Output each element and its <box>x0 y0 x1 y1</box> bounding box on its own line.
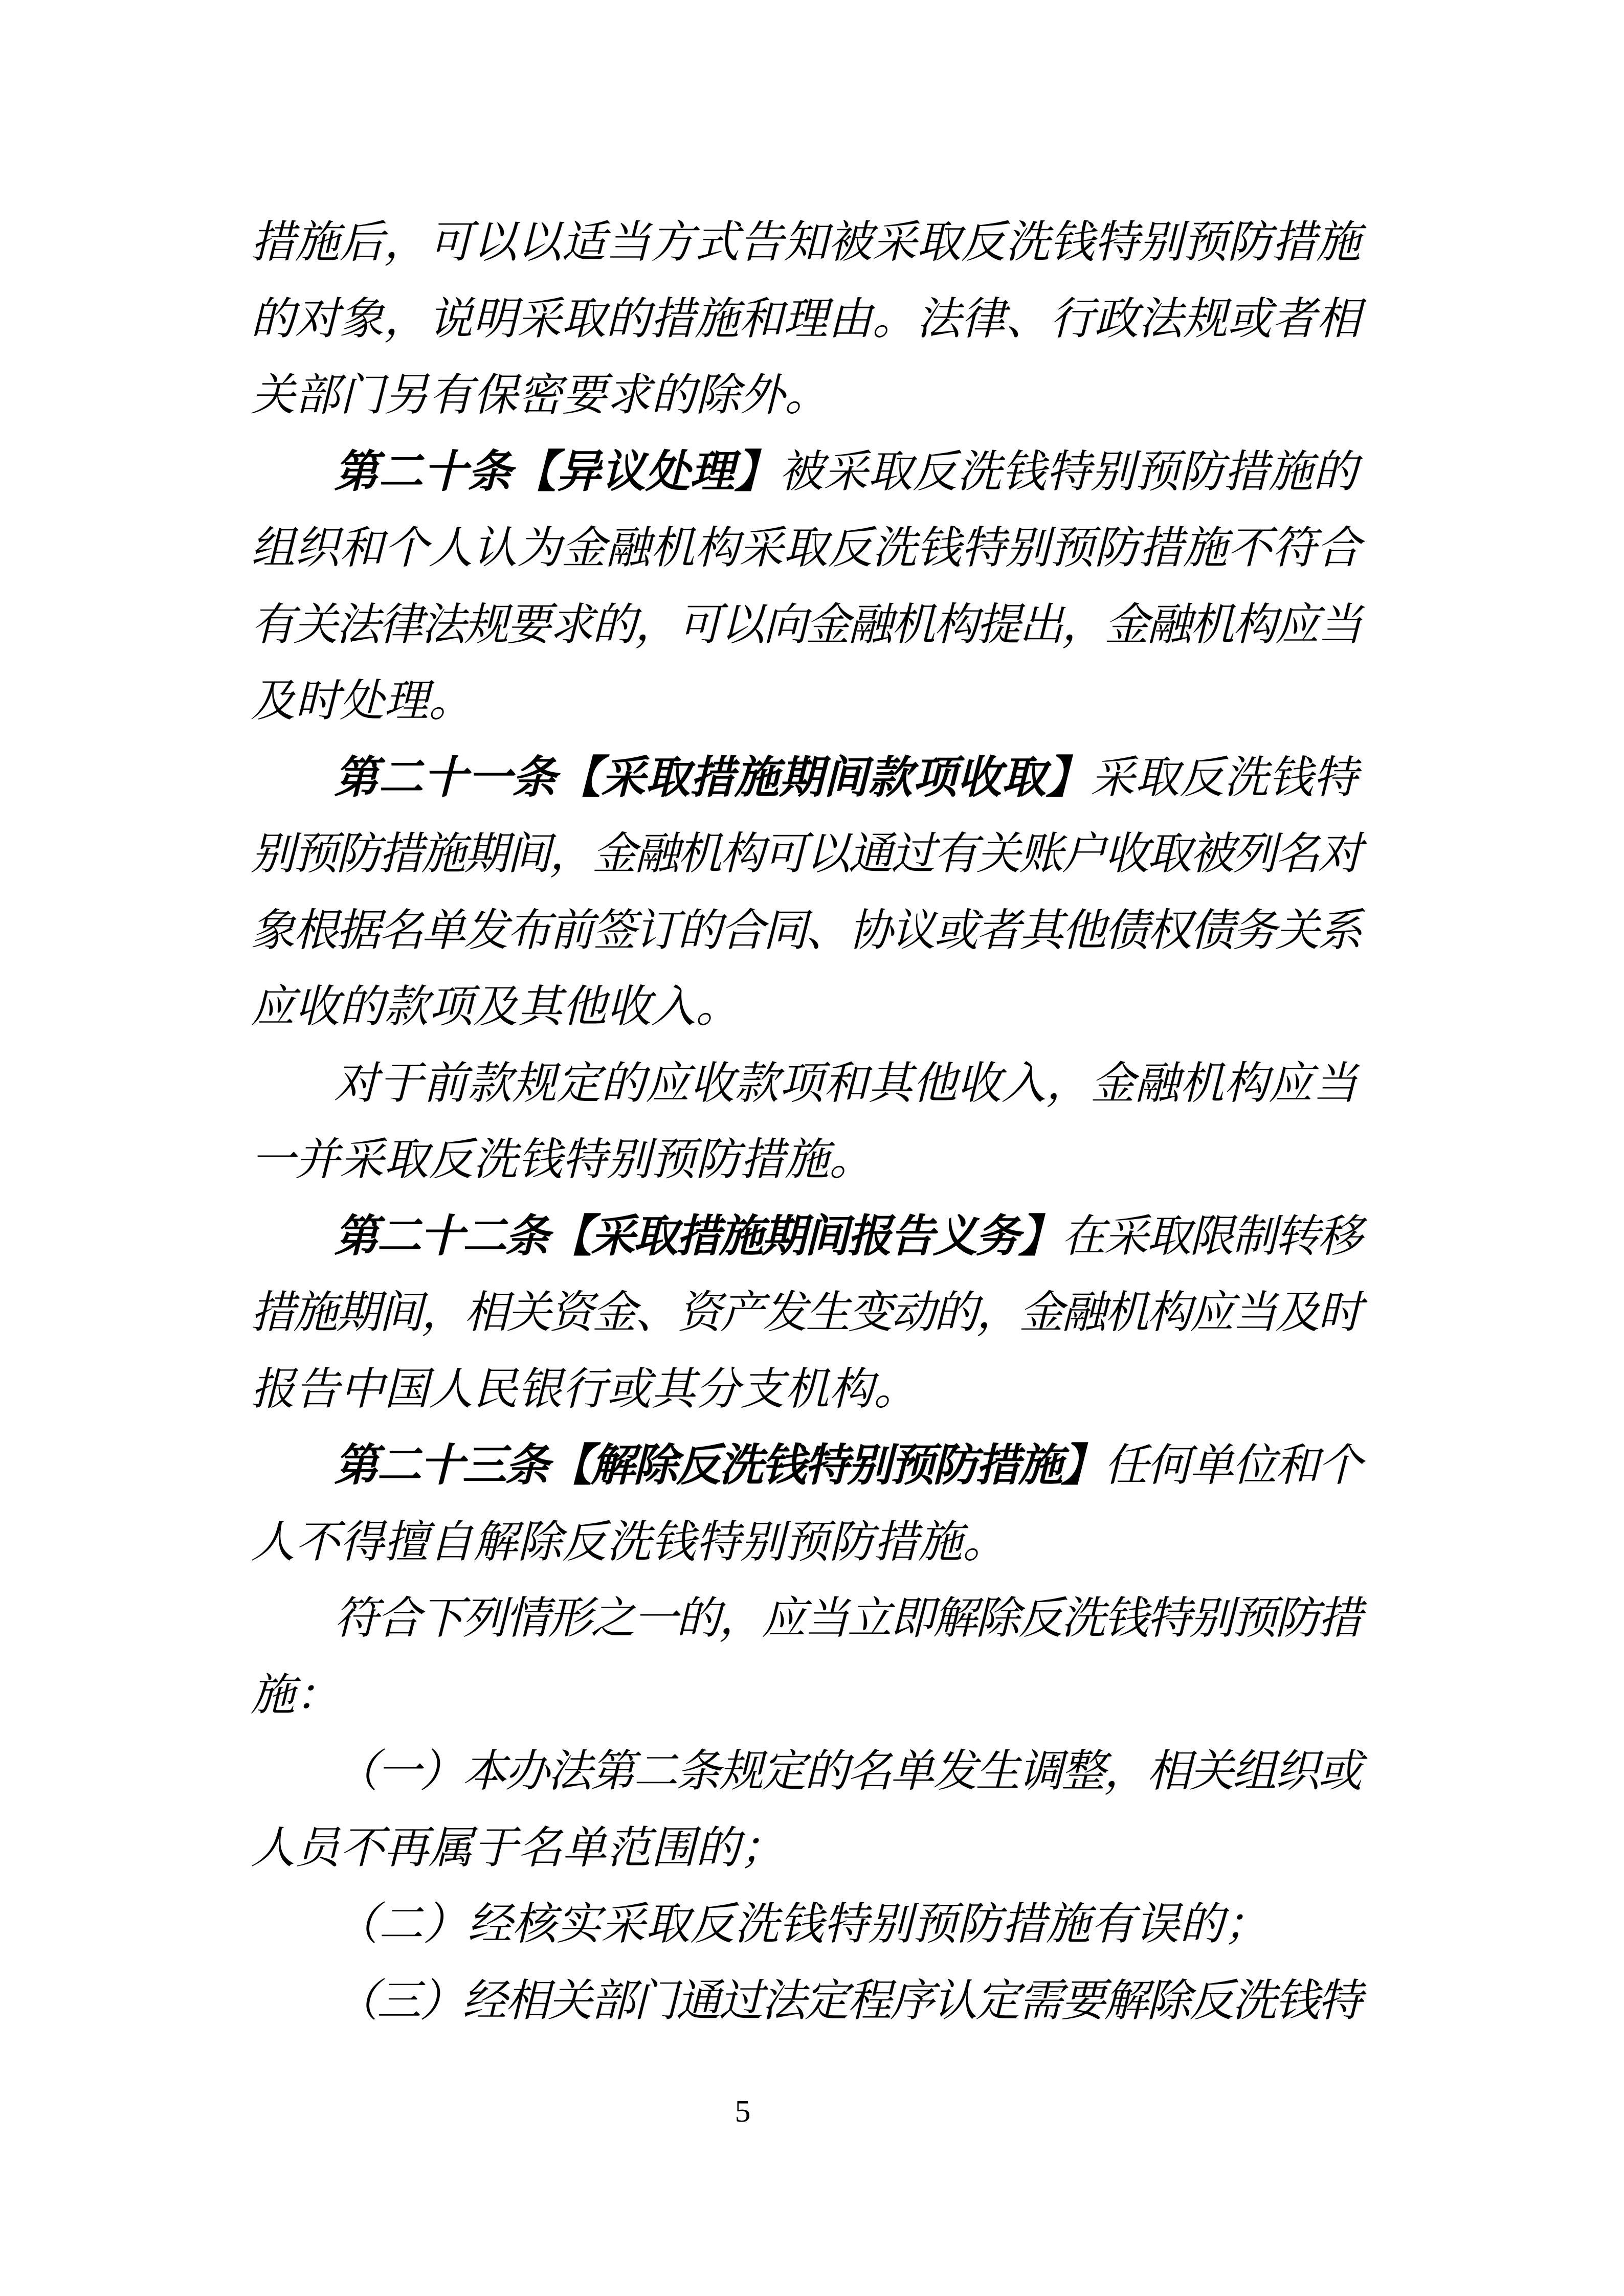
line-text: 在采取限制转移 <box>1061 1211 1361 1261</box>
text-line: 有关法律法规要求的，可以向金融机构提出，金融机构应当 <box>251 587 1361 663</box>
text-line: 及时处理。 <box>251 663 1361 739</box>
text-line: 施： <box>251 1657 1361 1734</box>
text-line: 对于前款规定的应收款项和其他收入，金融机构应当 <box>251 1045 1361 1122</box>
text-line: 关部门另有保密要求的除外。 <box>251 357 1361 434</box>
text-line: （一）本办法第二条规定的名单发生调整，相关组织或 <box>251 1733 1361 1810</box>
line-text: 措施后，可以以适当方式告知被采取反洗钱特别预防措施 <box>251 217 1361 267</box>
line-text: 别预防措施期间，金融机构可以通过有关账户收取被列名对 <box>251 829 1361 879</box>
line-text: （二）经核实采取反洗钱特别预防措施有误的； <box>334 1899 1269 1949</box>
text-line: （三）经相关部门通过法定程序认定需要解除反洗钱特 <box>251 1963 1361 2039</box>
line-text: 有关法律法规要求的，可以向金融机构提出，金融机构应当 <box>251 600 1361 649</box>
line-text: 符合下列情形之一的，应当立即解除反洗钱特别预防措 <box>334 1593 1361 1643</box>
article-line: 第二十二条【采取措施期间报告义务】在采取限制转移 <box>251 1198 1361 1275</box>
text-line: 人不得擅自解除反洗钱特别预防措施。 <box>251 1504 1361 1581</box>
text-line: 的对象，说明采取的措施和理由。法律、行政法规或者相 <box>251 281 1361 357</box>
text-line: 符合下列情形之一的，应当立即解除反洗钱特别预防措 <box>251 1580 1361 1657</box>
text-line: 措施期间，相关资金、资产发生变动的，金融机构应当及时 <box>251 1274 1361 1351</box>
text-line: （二）经核实采取反洗钱特别预防措施有误的； <box>251 1886 1361 1963</box>
line-text: 被采取反洗钱特别预防措施的 <box>779 447 1358 497</box>
line-text: 组织和个人认为金融机构采取反洗钱特别预防措施不符合 <box>251 523 1361 573</box>
line-text: 措施期间，相关资金、资产发生变动的，金融机构应当及时 <box>251 1288 1361 1337</box>
line-text: 施： <box>251 1670 340 1720</box>
line-text: 采取反洗钱特 <box>1091 753 1358 802</box>
line-text: 对于前款规定的应收款项和其他收入，金融机构应当 <box>334 1059 1358 1108</box>
text-line: 象根据名单发布前签订的合同、协议或者其他债权债务关系 <box>251 892 1361 969</box>
article-line: 第二十一条【采取措施期间款项收取】采取反洗钱特 <box>251 739 1361 816</box>
line-text: 的对象，说明采取的措施和理由。法律、行政法规或者相 <box>251 294 1361 344</box>
article-heading: 第二十三条【解除反洗钱特别预防措施】 <box>334 1440 1104 1490</box>
article-line: 第二十三条【解除反洗钱特别预防措施】任何单位和个 <box>251 1427 1361 1504</box>
article-line: 第二十条【异议处理】被采取反洗钱特别预防措施的 <box>251 434 1361 510</box>
line-text: 及时处理。 <box>251 676 473 726</box>
line-text: （一）本办法第二条规定的名单发生调整，相关组织或 <box>334 1746 1361 1796</box>
text-line: 措施后，可以以适当方式告知被采取反洗钱特别预防措施 <box>251 204 1361 281</box>
line-text: 应收的款项及其他收入。 <box>251 982 740 1031</box>
article-heading: 第二十条【异议处理】 <box>334 447 779 497</box>
line-text: 象根据名单发布前签订的合同、协议或者其他债权债务关系 <box>251 906 1361 955</box>
line-text: 关部门另有保密要求的除外。 <box>251 370 829 420</box>
page-number: 5 <box>704 2096 781 2127</box>
text-line: 一并采取反洗钱特别预防措施。 <box>251 1121 1361 1198</box>
line-text: 人员不再属于名单范围的； <box>251 1823 785 1873</box>
text-line: 报告中国人民银行或其分支机构。 <box>251 1351 1361 1428</box>
text-line: 应收的款项及其他收入。 <box>251 969 1361 1045</box>
text-line: 组织和个人认为金融机构采取反洗钱特别预防措施不符合 <box>251 510 1361 587</box>
line-text: 一并采取反洗钱特别预防措施。 <box>251 1135 874 1184</box>
article-heading: 第二十一条【采取措施期间款项收取】 <box>334 753 1091 802</box>
document-page: 措施后，可以以适当方式告知被采取反洗钱特别预防措施的对象，说明采取的措施和理由。… <box>0 0 1624 2296</box>
line-text: 报告中国人民银行或其分支机构。 <box>251 1364 918 1414</box>
article-heading: 第二十二条【采取措施期间报告义务】 <box>334 1211 1061 1261</box>
text-block: 措施后，可以以适当方式告知被采取反洗钱特别预防措施的对象，说明采取的措施和理由。… <box>251 204 1361 2039</box>
text-line: 人员不再属于名单范围的； <box>251 1810 1361 1886</box>
text-line: 别预防措施期间，金融机构可以通过有关账户收取被列名对 <box>251 816 1361 892</box>
line-text: 人不得擅自解除反洗钱特别预防措施。 <box>251 1517 1007 1567</box>
line-text: （三）经相关部门通过法定程序认定需要解除反洗钱特 <box>334 1976 1361 2025</box>
line-text: 任何单位和个 <box>1104 1440 1361 1490</box>
